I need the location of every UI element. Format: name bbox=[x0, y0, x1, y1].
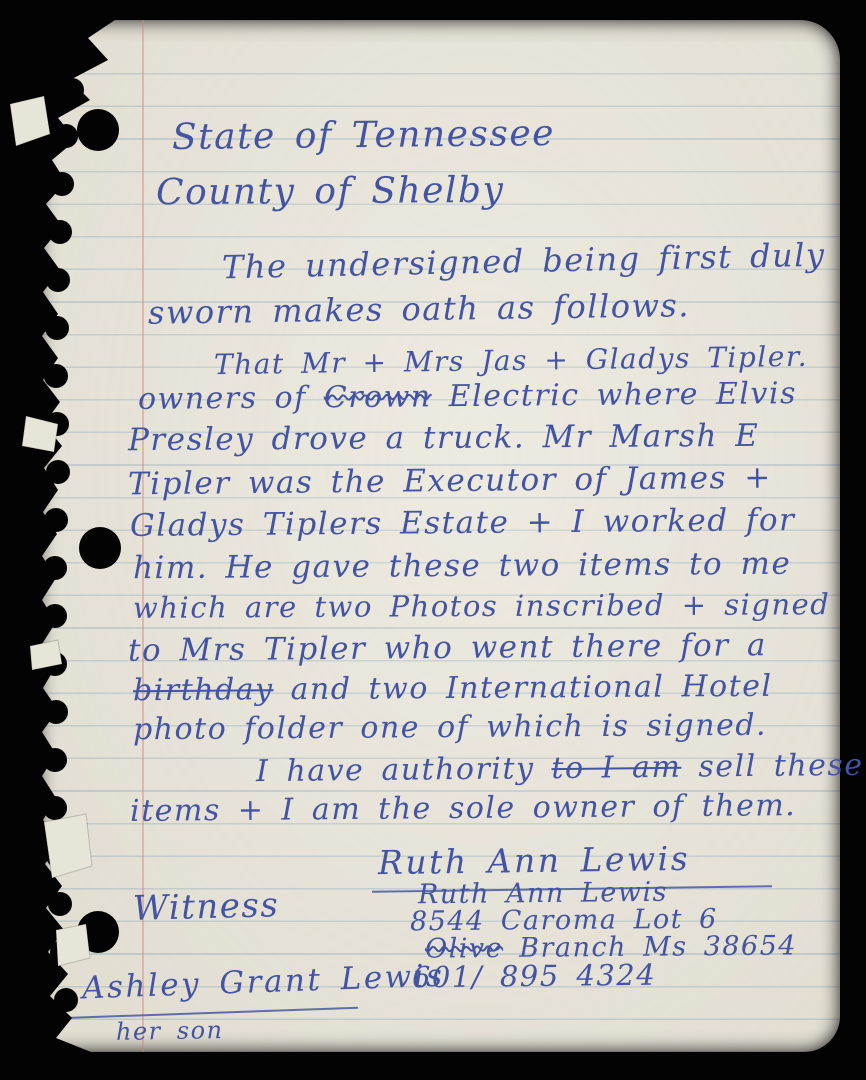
photo-stage: State of Tennessee County of Shelby The … bbox=[0, 0, 866, 1080]
handwritten-line: which are two Photos inscribed + signed bbox=[133, 589, 830, 625]
handwritten-line: him. He gave these two items to me bbox=[133, 547, 791, 586]
text-segment: I have authority bbox=[256, 751, 552, 789]
crossed-out-words: to I am bbox=[551, 750, 681, 786]
handwritten-line: I have authority to I am sell these bbox=[256, 749, 864, 788]
phone-number: 601/ 895 4324 bbox=[412, 960, 657, 994]
text-segment: Electric where Elvis bbox=[432, 376, 798, 414]
signature-ruth-ann-lewis: Ruth Ann Lewis bbox=[378, 841, 691, 882]
text-segment: and two International Hotel bbox=[273, 669, 772, 707]
text-segment: sell these bbox=[681, 748, 864, 785]
torn-spiral-edge bbox=[0, 0, 230, 1080]
corrected-word: Crown bbox=[324, 379, 432, 415]
handwritten-line: owners of Crown Electric where Elvis bbox=[138, 377, 797, 416]
